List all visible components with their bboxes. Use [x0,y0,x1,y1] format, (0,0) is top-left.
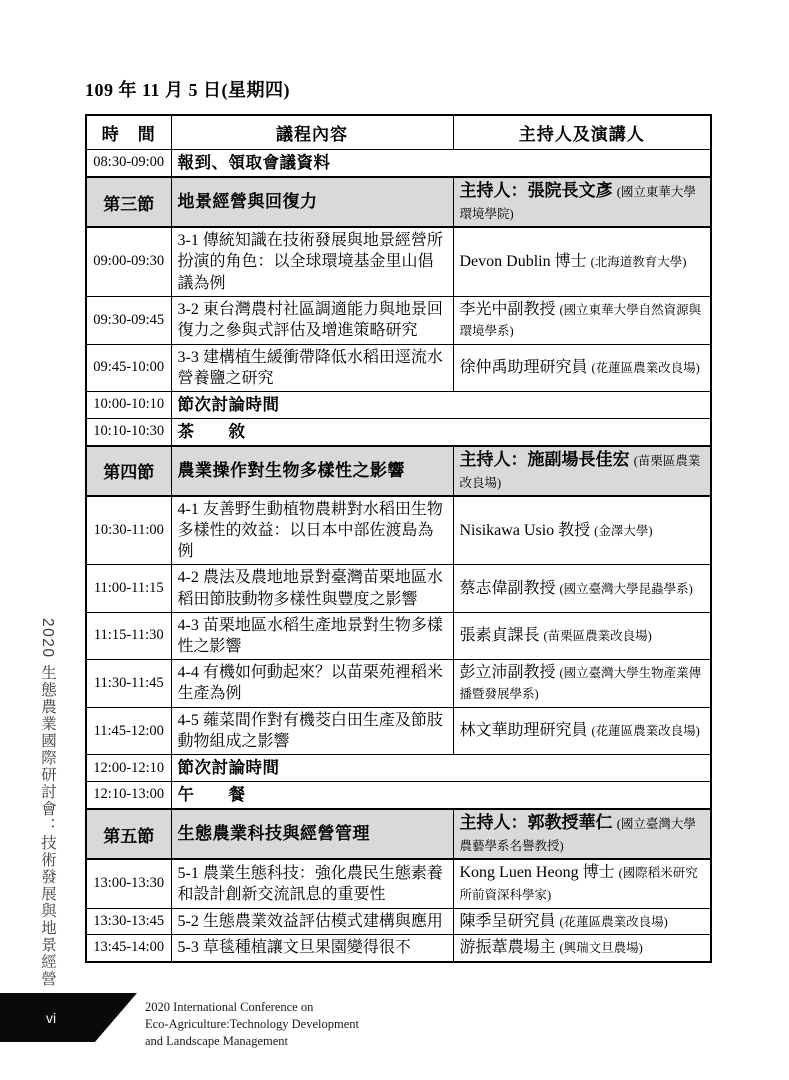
talk-title-cell: 4-1 友善野生動植物農耕對水稻田生物多樣性的效益：以日本中部佐渡島為例 [171,496,453,565]
program-row-talk: 11:45-12:004-5 蕹菜間作對有機茭白田生產及節肢動物組成之影響林文華… [86,708,711,755]
time-cell: 11:15-11:30 [86,612,171,659]
program-row-span: 10:00-10:10節次討論時間 [86,392,711,419]
program-row-talk: 11:00-11:154-2 農法及農地地景對臺灣苗栗地區水稻田節肢動物多樣性與… [86,565,711,612]
talk-title-cell: 3-1 傳統知識在技術發展與地景經營所扮演的角色：以全球環境基金里山倡議為例 [171,227,453,296]
program-row-talk: 11:30-11:454-4 有機如何動起來？以苗栗苑裡稻米生產為例彭立沛副教授… [86,659,711,707]
host-name: 主持人：張院長文彥 [460,181,617,200]
speaker-cell: 李光中副教授 (國立東華大學自然資源與環境學系) [453,296,711,344]
speaker-name: 林文華助理研究員 [460,722,592,739]
speaker-name: 陳季呈研究員 [460,913,560,930]
footer-line: and Landscape Management [145,1033,359,1050]
program-row-talk: 10:30-11:004-1 友善野生動植物農耕對水稻田生物多樣性的效益：以日本… [86,496,711,565]
host-name: 主持人：施副場長佳宏 [460,450,634,469]
program-row-talk: 09:45-10:003-3 建構植生緩衝帶降低水稻田逕流水營養鹽之研究徐仲禹助… [86,344,711,391]
host-cell: 主持人：郭教授華仁 (國立臺灣大學農藝學系名譽教授) [453,809,711,860]
table-header-row: 時 間 議程內容 主持人及演講人 [86,115,711,150]
merged-content-cell: 報到、領取會議資料 [171,150,711,177]
time-cell: 10:30-11:00 [86,496,171,565]
time-cell: 09:00-09:30 [86,227,171,296]
spine-vertical-title: 2020 生態農業國際研討會：技術發展與地景經營 [36,618,58,1008]
program-row-session: 第四節農業操作對生物多樣性之影響主持人：施副場長佳宏 (苗栗區農業改良場) [86,446,711,497]
speaker-cell: 游振葦農場主 (興瑞文旦農場) [453,935,711,962]
talk-title-cell: 4-2 農法及農地地景對臺灣苗栗地區水稻田節肢動物多樣性與豐度之影響 [171,565,453,612]
speaker-cell: Devon Dublin 博士 (北海道教育大學) [453,227,711,296]
speaker-affiliation: (金澤大學) [594,524,652,538]
speaker-cell: 蔡志偉副教授 (國立臺灣大學昆蟲學系) [453,565,711,612]
speaker-affiliation: (花蓮區農業改良場) [592,724,700,738]
program-row-talk: 09:30-09:453-2 東台灣農村社區調適能力與地景回復力之參與式評估及增… [86,296,711,344]
time-cell: 11:00-11:15 [86,565,171,612]
talk-title-cell: 4-5 蕹菜間作對有機茭白田生產及節肢動物組成之影響 [171,708,453,755]
speaker-name: Devon Dublin 博士 [460,253,591,270]
program-row-span: 08:30-09:00報到、領取會議資料 [86,150,711,177]
talk-title-cell: 5-2 生態農業效益評估模式建構與應用 [171,908,453,935]
page-number: vi [46,1010,56,1026]
speaker-name: Nisikawa Usio 教授 [460,522,595,539]
speaker-name: 李光中副教授 [460,301,560,318]
speaker-name: 彭立沛副教授 [460,664,560,681]
page-number-wedge: vi [0,993,137,1042]
speaker-affiliation: (花蓮區農業改良場) [560,915,668,929]
time-cell: 09:45-10:00 [86,344,171,391]
time-cell: 12:10-13:00 [86,782,171,809]
speaker-affiliation: (花蓮區農業改良場) [592,361,700,375]
talk-title-cell: 3-2 東台灣農村社區調適能力與地景回復力之參與式評估及增進策略研究 [171,296,453,344]
time-cell: 10:10-10:30 [86,418,171,445]
session-title-cell: 地景經營與回復力 [171,177,453,228]
conference-program-page: 2020 生態農業國際研討會：技術發展與地景經營 109 年 11 月 5 日(… [0,0,789,1080]
program-row-session: 第三節地景經營與回復力主持人：張院長文彥 (國立東華大學環境學院) [86,177,711,228]
time-cell: 08:30-09:00 [86,150,171,177]
col-header-agenda: 議程內容 [171,115,453,150]
speaker-cell: 彭立沛副教授 (國立臺灣大學生物產業傳播暨發展學系) [453,659,711,707]
time-cell: 13:30-13:45 [86,908,171,935]
speaker-cell: 陳季呈研究員 (花蓮區農業改良場) [453,908,711,935]
speaker-affiliation: (國立臺灣大學昆蟲學系) [560,582,693,596]
main-content: 109 年 11 月 5 日(星期四) 時 間 議程內容 主持人及演講人 08:… [85,76,712,963]
speaker-name: 徐仲禹助理研究員 [460,359,592,376]
program-row-talk: 13:00-13:305-1 農業生態科技：強化農民生態素養和設計創新交流訊息的… [86,859,711,908]
session-number-cell: 第三節 [86,177,171,228]
time-cell: 13:45-14:00 [86,935,171,962]
merged-content-cell: 午 餐 [171,782,711,809]
program-row-span: 12:00-12:10節次討論時間 [86,755,711,782]
date-title: 109 年 11 月 5 日(星期四) [85,76,712,102]
talk-title-cell: 4-3 苗栗地區水稻生產地景對生物多樣性之影響 [171,612,453,659]
speaker-name: 蔡志偉副教授 [460,580,560,597]
program-row-talk: 11:15-11:304-3 苗栗地區水稻生產地景對生物多樣性之影響張素貞課長 … [86,612,711,659]
speaker-cell: 林文華助理研究員 (花蓮區農業改良場) [453,708,711,755]
program-row-talk: 13:30-13:455-2 生態農業效益評估模式建構與應用陳季呈研究員 (花蓮… [86,908,711,935]
time-cell: 13:00-13:30 [86,859,171,908]
session-title-cell: 農業操作對生物多樣性之影響 [171,446,453,497]
session-number-cell: 第五節 [86,809,171,860]
time-cell: 12:00-12:10 [86,755,171,782]
program-row-talk: 13:45-14:005-3 草毯種植讓文旦果園變得很不游振葦農場主 (興瑞文旦… [86,935,711,962]
program-row-span: 10:10-10:30茶 敘 [86,418,711,445]
speaker-cell: 張素貞課長 (苗栗區農業改良場) [453,612,711,659]
talk-title-cell: 3-3 建構植生緩衝帶降低水稻田逕流水營養鹽之研究 [171,344,453,391]
speaker-name: 游振葦農場主 [460,939,560,956]
footer-line: 2020 International Conference on [145,999,359,1016]
speaker-affiliation: (北海道教育大學) [591,255,687,269]
host-cell: 主持人：施副場長佳宏 (苗栗區農業改良場) [453,446,711,497]
speaker-cell: Kong Luen Heong 博士 (國際稻米研究所前資深科學家) [453,859,711,908]
col-header-speakers: 主持人及演講人 [453,115,711,150]
time-cell: 10:00-10:10 [86,392,171,419]
session-number-cell: 第四節 [86,446,171,497]
talk-title-cell: 5-1 農業生態科技：強化農民生態素養和設計創新交流訊息的重要性 [171,859,453,908]
merged-content-cell: 節次討論時間 [171,392,711,419]
host-name: 主持人：郭教授華仁 [460,813,617,832]
talk-title-cell: 4-4 有機如何動起來？以苗栗苑裡稻米生產為例 [171,659,453,707]
host-cell: 主持人：張院長文彥 (國立東華大學環境學院) [453,177,711,228]
program-row-talk: 09:00-09:303-1 傳統知識在技術發展與地景經營所扮演的角色：以全球環… [86,227,711,296]
time-cell: 11:30-11:45 [86,659,171,707]
program-row-session: 第五節生態農業科技與經營管理主持人：郭教授華仁 (國立臺灣大學農藝學系名譽教授) [86,809,711,860]
session-title-cell: 生態農業科技與經營管理 [171,809,453,860]
program-table: 時 間 議程內容 主持人及演講人 08:30-09:00報到、領取會議資料第三節… [85,114,712,963]
speaker-affiliation: (興瑞文旦農場) [560,941,643,955]
time-cell: 09:30-09:45 [86,296,171,344]
speaker-cell: Nisikawa Usio 教授 (金澤大學) [453,496,711,565]
footer-conference-title: 2020 International Conference on Eco-Agr… [145,999,359,1050]
col-header-time: 時 間 [86,115,171,150]
speaker-name: 張素貞課長 [460,627,544,644]
program-row-span: 12:10-13:00午 餐 [86,782,711,809]
time-cell: 11:45-12:00 [86,708,171,755]
merged-content-cell: 茶 敘 [171,418,711,445]
speaker-cell: 徐仲禹助理研究員 (花蓮區農業改良場) [453,344,711,391]
speaker-name: Kong Luen Heong 博士 [460,864,619,881]
talk-title-cell: 5-3 草毯種植讓文旦果園變得很不 [171,935,453,962]
footer-line: Eco-Agriculture:Technology Development [145,1016,359,1033]
speaker-affiliation: (苗栗區農業改良場) [544,629,652,643]
merged-content-cell: 節次討論時間 [171,755,711,782]
